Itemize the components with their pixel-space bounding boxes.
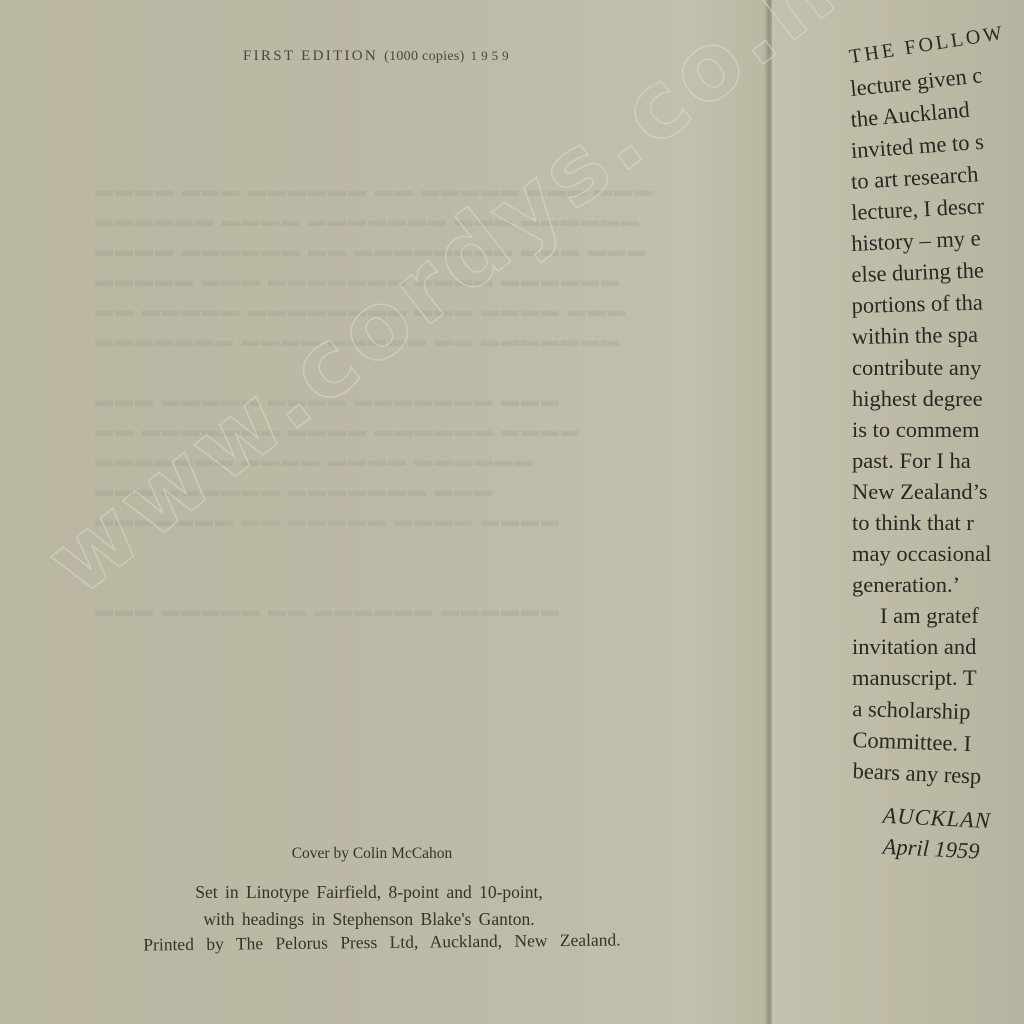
preface-line: generation.’ xyxy=(852,569,1024,600)
typeface-line-1: Set in Linotype Fairfield, 8-point and 1… xyxy=(0,879,753,906)
preface-line: invitation and xyxy=(852,631,1024,662)
preface-line: to think that r xyxy=(852,507,1024,538)
preface-line: within the spa xyxy=(851,316,1024,352)
show-through-text: ▬▬▬▬ ▬▬▬ ▬▬▬▬▬▬ ▬▬ ▬▬▬▬▬ ▬▬▬ ▬▬▬▬ ▬▬▬▬▬▬… xyxy=(95,175,655,625)
preface-line: highest degree xyxy=(852,383,1024,414)
preface-line: New Zealand’s xyxy=(852,476,1024,507)
edition-label: FIRST EDITION xyxy=(243,48,378,64)
book-spread: ▬▬▬▬ ▬▬▬ ▬▬▬▬▬▬ ▬▬ ▬▬▬▬▬ ▬▬▬ ▬▬▬▬ ▬▬▬▬▬▬… xyxy=(0,0,1024,1024)
cover-credit: Cover by Colin McCahon xyxy=(0,845,756,863)
left-page: ▬▬▬▬ ▬▬▬ ▬▬▬▬▬▬ ▬▬ ▬▬▬▬▬ ▬▬▬ ▬▬▬▬ ▬▬▬▬▬▬… xyxy=(0,0,768,1024)
edition-year: 1959 xyxy=(471,48,513,63)
preface-line: I am gratef xyxy=(852,600,1024,631)
preface-line: is to commem xyxy=(852,414,1024,445)
typeface-note: Set in Linotype Fairfield, 8-point and 1… xyxy=(0,879,753,933)
preface-line: bears any resp xyxy=(852,755,1024,799)
edition-line: FIRST EDITION (1000 copies) 1959 xyxy=(243,48,513,65)
preface-line: may occasional xyxy=(852,538,1024,569)
edition-copies: (1000 copies) xyxy=(384,49,465,64)
preface-signoff: AUCKLAN April 1959 xyxy=(852,798,1024,860)
preface-line: manuscript. T xyxy=(852,662,1024,693)
preface-text: THE FOLLOW lecture given c the Auckland … xyxy=(852,42,1024,860)
preface-line: past. For I ha xyxy=(852,445,1024,476)
preface-line: contribute any xyxy=(852,352,1024,383)
